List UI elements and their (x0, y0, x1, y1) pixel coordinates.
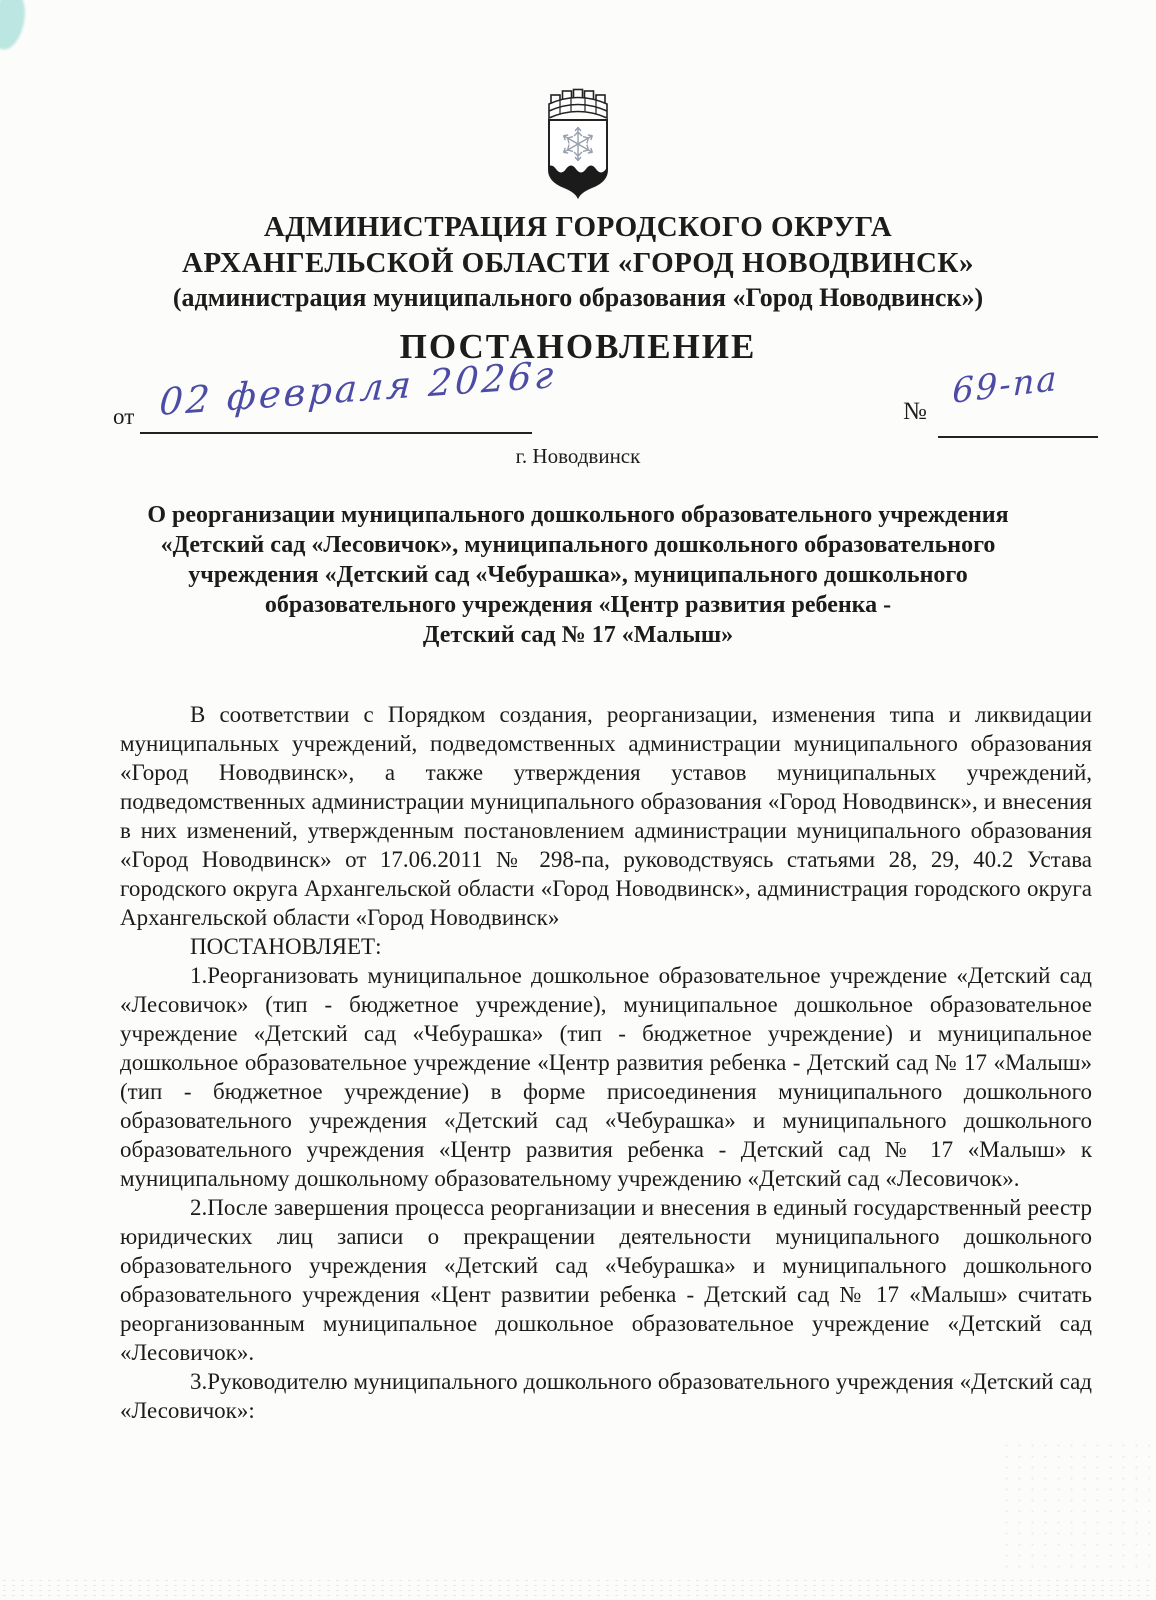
title-line-4: образовательного учреждения «Центр разви… (70, 590, 1086, 620)
city-line: г. Новодвинск (0, 444, 1156, 469)
number-underline (938, 436, 1098, 438)
mural-crown-icon (549, 90, 607, 119)
date-label: от (113, 404, 134, 430)
date-underline (140, 432, 532, 434)
coat-of-arms (533, 80, 623, 202)
resolves-line: ПОСТАНОВЛЯЕТ: (120, 932, 1092, 961)
org-name-line2: АРХАНГЕЛЬСКОЙ ОБЛАСТИ «ГОРОД НОВОДВИНСК» (0, 247, 1156, 280)
item-3-paragraph: 3.Руководителю муниципального дошкольног… (120, 1367, 1092, 1425)
scan-noise-patch (1000, 1440, 1150, 1570)
document-title: О реорганизации муниципального дошкольно… (70, 500, 1086, 650)
title-line-2: «Детский сад «Лесовичок», муниципального… (70, 530, 1086, 560)
coat-of-arms-svg (533, 80, 623, 202)
org-name-line3: (администрация муниципального образовани… (0, 283, 1156, 313)
document-body: В соответствии с Порядком создания, реор… (120, 700, 1092, 1425)
number-label: № (903, 398, 927, 426)
title-line-3: учреждения «Детский сад «Чебурашка», мун… (70, 560, 1086, 590)
item-2-paragraph: 2.После завершения процесса реорганизаци… (120, 1193, 1092, 1367)
item-1-paragraph: 1.Реорганизовать муниципальное дошкольно… (120, 961, 1092, 1193)
preamble-paragraph: В соответствии с Порядком создания, реор… (120, 700, 1092, 932)
title-line-1: О реорганизации муниципального дошкольно… (70, 500, 1086, 530)
document-type-heading: ПОСТАНОВЛЕНИЕ (0, 327, 1156, 367)
scanned-decree-page: АДМИНИСТРАЦИЯ ГОРОДСКОГО ОКРУГА АРХАНГЕЛ… (0, 0, 1156, 1600)
org-name-line1: АДМИНИСТРАЦИЯ ГОРОДСКОГО ОКРУГА (0, 211, 1156, 244)
scan-artifact-corner (0, 0, 31, 53)
title-line-5: Детский сад № 17 «Малыш» (70, 620, 1086, 650)
scan-noise-bottom-edge (0, 1578, 1156, 1600)
